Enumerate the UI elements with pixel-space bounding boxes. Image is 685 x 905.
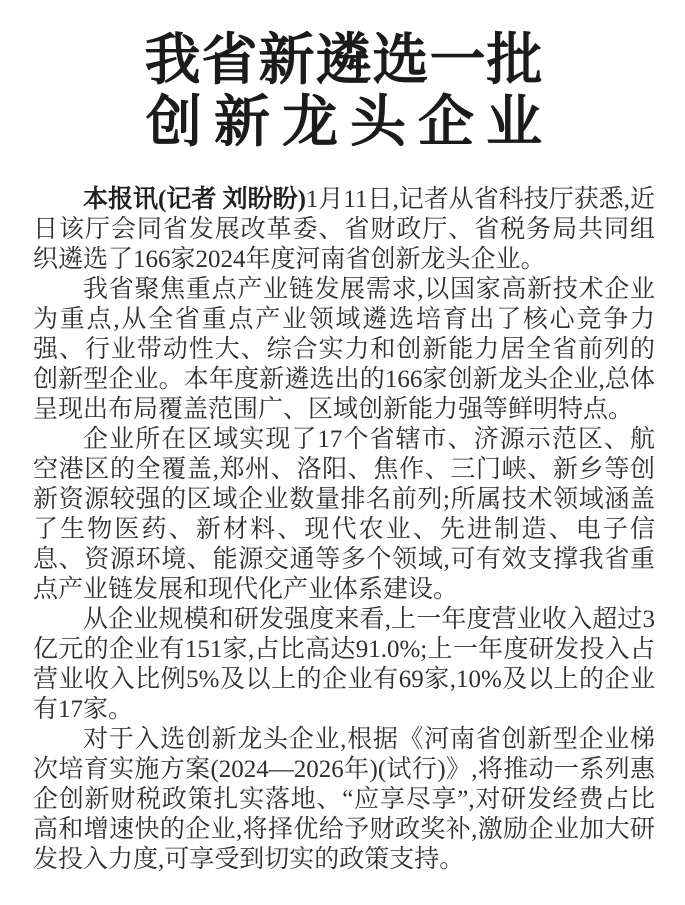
byline: 本报讯(记者 刘盼盼) [83,186,306,213]
article-headline: 我省新遴选一批 创新龙头企业 [33,28,655,153]
paragraph-lead: 本报讯(记者 刘盼盼)1月11日,记者从省科技厅获悉,近日该厅会同省发展改革委、… [33,185,655,275]
paragraph-2: 我省聚焦重点产业链发展需求,以国家高新技术企业为重点,从全省重点产业领域遴选培育… [33,275,655,425]
article-body: 本报讯(记者 刘盼盼)1月11日,记者从省科技厅获悉,近日该厅会同省发展改革委、… [33,185,655,875]
paragraph-4: 从企业规模和研发强度来看,上一年度营业收入超过3亿元的企业有151家,占比高达9… [33,605,655,725]
headline-line-1: 我省新遴选一批 [33,28,655,91]
headline-line-2: 创新龙头企业 [33,91,655,153]
newspaper-page: 我省新遴选一批 创新龙头企业 本报讯(记者 刘盼盼)1月11日,记者从省科技厅获… [0,0,685,905]
paragraph-5: 对于入选创新龙头企业,根据《河南省创新型企业梯次培育实施方案(2024—2026… [33,725,655,875]
paragraph-3: 企业所在区域实现了17个省辖市、济源示范区、航空港区的全覆盖,郑州、洛阳、焦作、… [33,425,655,605]
